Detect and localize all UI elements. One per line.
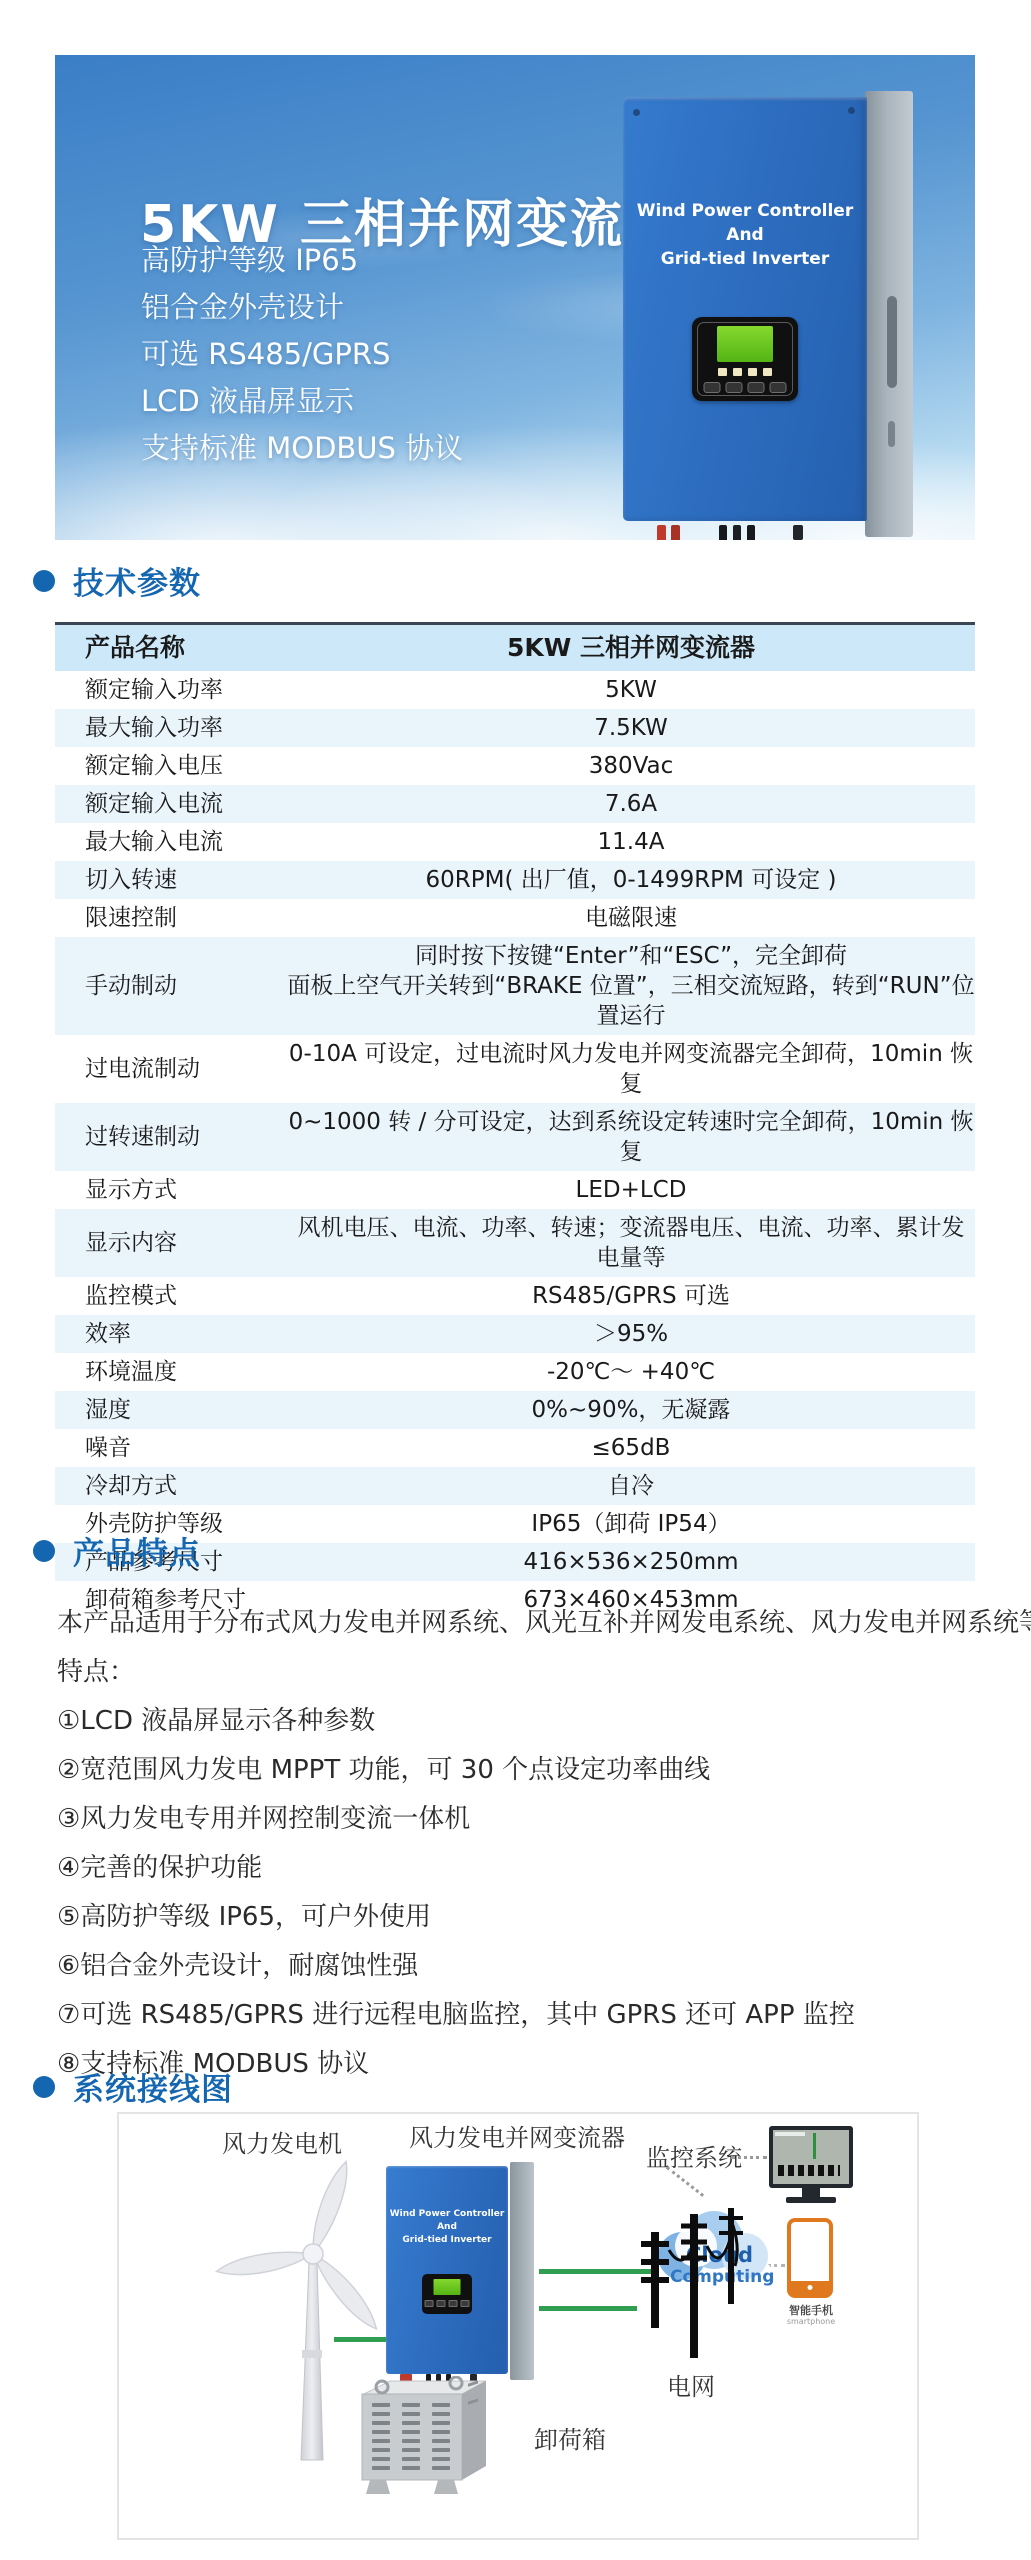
table-header-row: 产品名称 5KW 三相并网变流器 — [55, 624, 975, 672]
features-body: 本产品适用于分布式风力发电并网系统、风光互补并网发电系统、风力发电并网系统等； … — [57, 1599, 1003, 2089]
hero-feature-item: 高防护等级 IP65 — [141, 237, 463, 284]
monitor-stand — [802, 2188, 820, 2197]
spec-label: 最大输入电流 — [55, 823, 287, 861]
hero-feature-item: 铝合金外壳设计 — [141, 284, 463, 331]
spec-label: 切入转速 — [55, 861, 287, 899]
feature-item: ⑥铝合金外壳设计，耐腐蚀性强 — [57, 1942, 1003, 1991]
wiring-diagram: 风力发电机 风力发电并网变流器 监控系统 电网 卸荷箱 — [117, 2112, 919, 2540]
spec-value: 7.6A — [287, 785, 975, 823]
spec-label: 环境温度 — [55, 1353, 287, 1391]
lcd-screen — [434, 2279, 461, 2295]
monitor-screen — [773, 2130, 849, 2184]
spec-label: 手动制动 — [55, 937, 287, 1035]
table-row: 显示内容风机电压、电流、功率、转速；变流器电压、电流、功率、累计发电量等 — [55, 1209, 975, 1277]
table-row: 噪音≤65dB — [55, 1429, 975, 1467]
spec-label: 效率 — [55, 1315, 287, 1353]
spec-label: 过转速制动 — [55, 1103, 287, 1171]
phone-caption-en: smartphone — [774, 2317, 848, 2327]
spec-value: 同时按下按键“Enter”和“ESC”，完全卸荷 面板上空气开关转到“BRAKE… — [287, 937, 975, 1035]
grid-label: 电网 — [667, 2367, 715, 2402]
bullet-icon — [33, 1540, 55, 1562]
table-row: 监控模式RS485/GPRS 可选 — [55, 1277, 975, 1315]
grid-pylon-graphic — [638, 2206, 746, 2361]
feature-item: ⑦可选 RS485/GPRS 进行远程电脑监控，其中 GPRS 还可 APP 监… — [57, 1991, 1003, 2040]
hero-feature-list: 高防护等级 IP65铝合金外壳设计可选 RS485/GPRSLCD 液晶屏显示支… — [141, 237, 463, 472]
device-title-line1: Wind Power Controller And — [623, 199, 867, 247]
spec-value: ≤65dB — [287, 1429, 975, 1467]
phone-caption-cn: 智能手机 — [774, 2304, 848, 2317]
features-subtitle: 特点： — [57, 1648, 1003, 1697]
features-intro: 本产品适用于分布式风力发电并网系统、风光互补并网发电系统、风力发电并网系统等； — [57, 1599, 1003, 1648]
feature-item: ①LCD 液晶屏显示各种参数 — [57, 1697, 1003, 1746]
spec-value: 自冷 — [287, 1467, 975, 1505]
bottom-wires — [623, 525, 867, 540]
screw-icon — [848, 107, 855, 114]
connector-line-inverter-cloud — [539, 2269, 651, 2274]
spec-label: 冷却方式 — [55, 1467, 287, 1505]
monitor-base — [786, 2197, 836, 2203]
hero-feature-item: 支持标准 MODBUS 协议 — [141, 425, 463, 472]
phone-caption: 智能手机 smartphone — [774, 2304, 848, 2327]
device-title: Wind Power Controller And Grid-tied Inve… — [623, 199, 867, 271]
specs-section-title: 技术参数 — [73, 558, 201, 603]
led-indicators — [718, 368, 772, 376]
inverter-side-panel — [510, 2162, 534, 2380]
connector-line-inverter-grid — [539, 2306, 637, 2311]
table-row: 最大输入功率7.5KW — [55, 709, 975, 747]
table-row: 湿度0%~90%，无凝露 — [55, 1391, 975, 1429]
spec-header-label: 产品名称 — [55, 624, 287, 672]
features-section-header: 产品特点 — [33, 1528, 1003, 1573]
table-row: 显示方式LED+LCD — [55, 1171, 975, 1209]
spec-label: 额定输入功率 — [55, 671, 287, 709]
side-vent-slot-small — [888, 421, 895, 447]
inverter-label: 风力发电并网变流器 — [409, 2118, 625, 2153]
phone-graphic — [787, 2218, 833, 2298]
monitor-label: 监控系统 — [646, 2138, 742, 2173]
spec-value: 7.5KW — [287, 709, 975, 747]
inverter-front-panel: Wind Power Controller And Grid-tied Inve… — [623, 97, 867, 521]
features-section-title: 产品特点 — [73, 1528, 201, 1573]
hero-banner: 5KW 三相并网变流器 高防护等级 IP65铝合金外壳设计可选 RS485/GP… — [55, 55, 975, 540]
spec-value: 风机电压、电流、功率、转速；变流器电压、电流、功率、累计发电量等 — [287, 1209, 975, 1277]
table-row: 环境温度-20℃～ +40℃ — [55, 1353, 975, 1391]
feature-item: ③风力发电专用并网控制变流一体机 — [57, 1795, 1003, 1844]
table-row: 效率＞95% — [55, 1315, 975, 1353]
monitor-graphic — [769, 2126, 853, 2203]
spec-label: 显示内容 — [55, 1209, 287, 1277]
table-row: 过转速制动0~1000 转 / 分可设定，达到系统设定转速时完全卸荷，10min… — [55, 1103, 975, 1171]
dump-box-label: 卸荷箱 — [534, 2420, 606, 2455]
table-row: 冷却方式自冷 — [55, 1467, 975, 1505]
table-row: 过电流制动0-10A 可设定，过电流时风力发电并网变流器完全卸荷，10min 恢… — [55, 1035, 975, 1103]
spec-value: 0%~90%，无凝露 — [287, 1391, 975, 1429]
spec-label: 监控模式 — [55, 1277, 287, 1315]
table-row: 限速控制电磁限速 — [55, 899, 975, 937]
spec-value: 380Vac — [287, 747, 975, 785]
specs-section-header: 技术参数 — [33, 558, 201, 603]
spec-label: 限速控制 — [55, 899, 287, 937]
lcd-screen — [717, 326, 773, 362]
specs-table: 产品名称 5KW 三相并网变流器 额定输入功率5KW最大输入功率7.5KW额定输… — [55, 622, 975, 1619]
spec-label: 过电流制动 — [55, 1035, 287, 1103]
spec-label: 噪音 — [55, 1429, 287, 1467]
spec-header-value: 5KW 三相并网变流器 — [287, 624, 975, 672]
spec-value: 11.4A — [287, 823, 975, 861]
spec-value: LED+LCD — [287, 1171, 975, 1209]
lcd-module — [692, 317, 798, 401]
table-row: 切入转速60RPM( 出厂值，0-1499RPM 可设定 ) — [55, 861, 975, 899]
spec-value: 0-10A 可设定，过电流时风力发电并网变流器完全卸荷，10min 恢复 — [287, 1035, 975, 1103]
feature-item: ②宽范围风力发电 MPPT 功能，可 30 个点设定功率曲线 — [57, 1746, 1003, 1795]
table-row: 最大输入电流11.4A — [55, 823, 975, 861]
hero-feature-item: LCD 液晶屏显示 — [141, 378, 463, 425]
spec-value: -20℃～ +40℃ — [287, 1353, 975, 1391]
dump-box-graphic — [344, 2376, 496, 2498]
lcd-buttons — [704, 382, 787, 393]
inverter-product-image: Wind Power Controller And Grid-tied Inve… — [623, 91, 913, 540]
spec-value: 0~1000 转 / 分可设定，达到系统设定转速时完全卸荷，10min 恢复 — [287, 1103, 975, 1171]
table-row: 额定输入电流7.6A — [55, 785, 975, 823]
inverter-diagram-graphic: Wind Power Controller And Grid-tied Inve… — [386, 2162, 534, 2408]
feature-item: ④完善的保护功能 — [57, 1844, 1003, 1893]
bullet-icon — [33, 570, 55, 592]
side-vent-slot — [887, 296, 897, 388]
inverter-front-panel: Wind Power Controller And Grid-tied Inve… — [386, 2166, 508, 2374]
table-row: 额定输入功率5KW — [55, 671, 975, 709]
feature-list: ①LCD 液晶屏显示各种参数②宽范围风力发电 MPPT 功能，可 30 个点设定… — [57, 1697, 1003, 2089]
spec-label: 显示方式 — [55, 1171, 287, 1209]
feature-item: ⑤高防护等级 IP65，可户外使用 — [57, 1893, 1003, 1942]
specs-table-rows: 额定输入功率5KW最大输入功率7.5KW额定输入电压380Vac额定输入电流7.… — [55, 671, 975, 1619]
monitor-frame — [769, 2126, 853, 2188]
lcd-buttons — [425, 2300, 470, 2307]
lcd-module — [422, 2274, 472, 2314]
device-title-line2: Grid-tied Inverter — [623, 247, 867, 271]
spec-label: 额定输入电流 — [55, 785, 287, 823]
spec-label: 额定输入电压 — [55, 747, 287, 785]
spec-value: RS485/GPRS 可选 — [287, 1277, 975, 1315]
spec-value: 60RPM( 出厂值，0-1499RPM 可设定 ) — [287, 861, 975, 899]
hero-feature-item: 可选 RS485/GPRS — [141, 331, 463, 378]
spec-label: 最大输入功率 — [55, 709, 287, 747]
inverter-side-panel — [865, 91, 913, 537]
screw-icon — [633, 109, 640, 116]
device-title: Wind Power Controller And Grid-tied Inve… — [386, 2208, 508, 2247]
diagram-section-header: 系统接线图 — [33, 2064, 233, 2109]
spec-value: 电磁限速 — [287, 899, 975, 937]
spec-label: 湿度 — [55, 1391, 287, 1429]
features-section: 产品特点 本产品适用于分布式风力发电并网系统、风光互补并网发电系统、风力发电并网… — [33, 1528, 1003, 2089]
spec-value: ＞95% — [287, 1315, 975, 1353]
table-row: 手动制动同时按下按键“Enter”和“ESC”，完全卸荷 面板上空气开关转到“B… — [55, 937, 975, 1035]
dotted-line-label-monitor — [731, 2156, 767, 2159]
table-row: 额定输入电压380Vac — [55, 747, 975, 785]
bullet-icon — [33, 2076, 55, 2098]
diagram-section-title: 系统接线图 — [73, 2064, 233, 2109]
spec-value: 5KW — [287, 671, 975, 709]
